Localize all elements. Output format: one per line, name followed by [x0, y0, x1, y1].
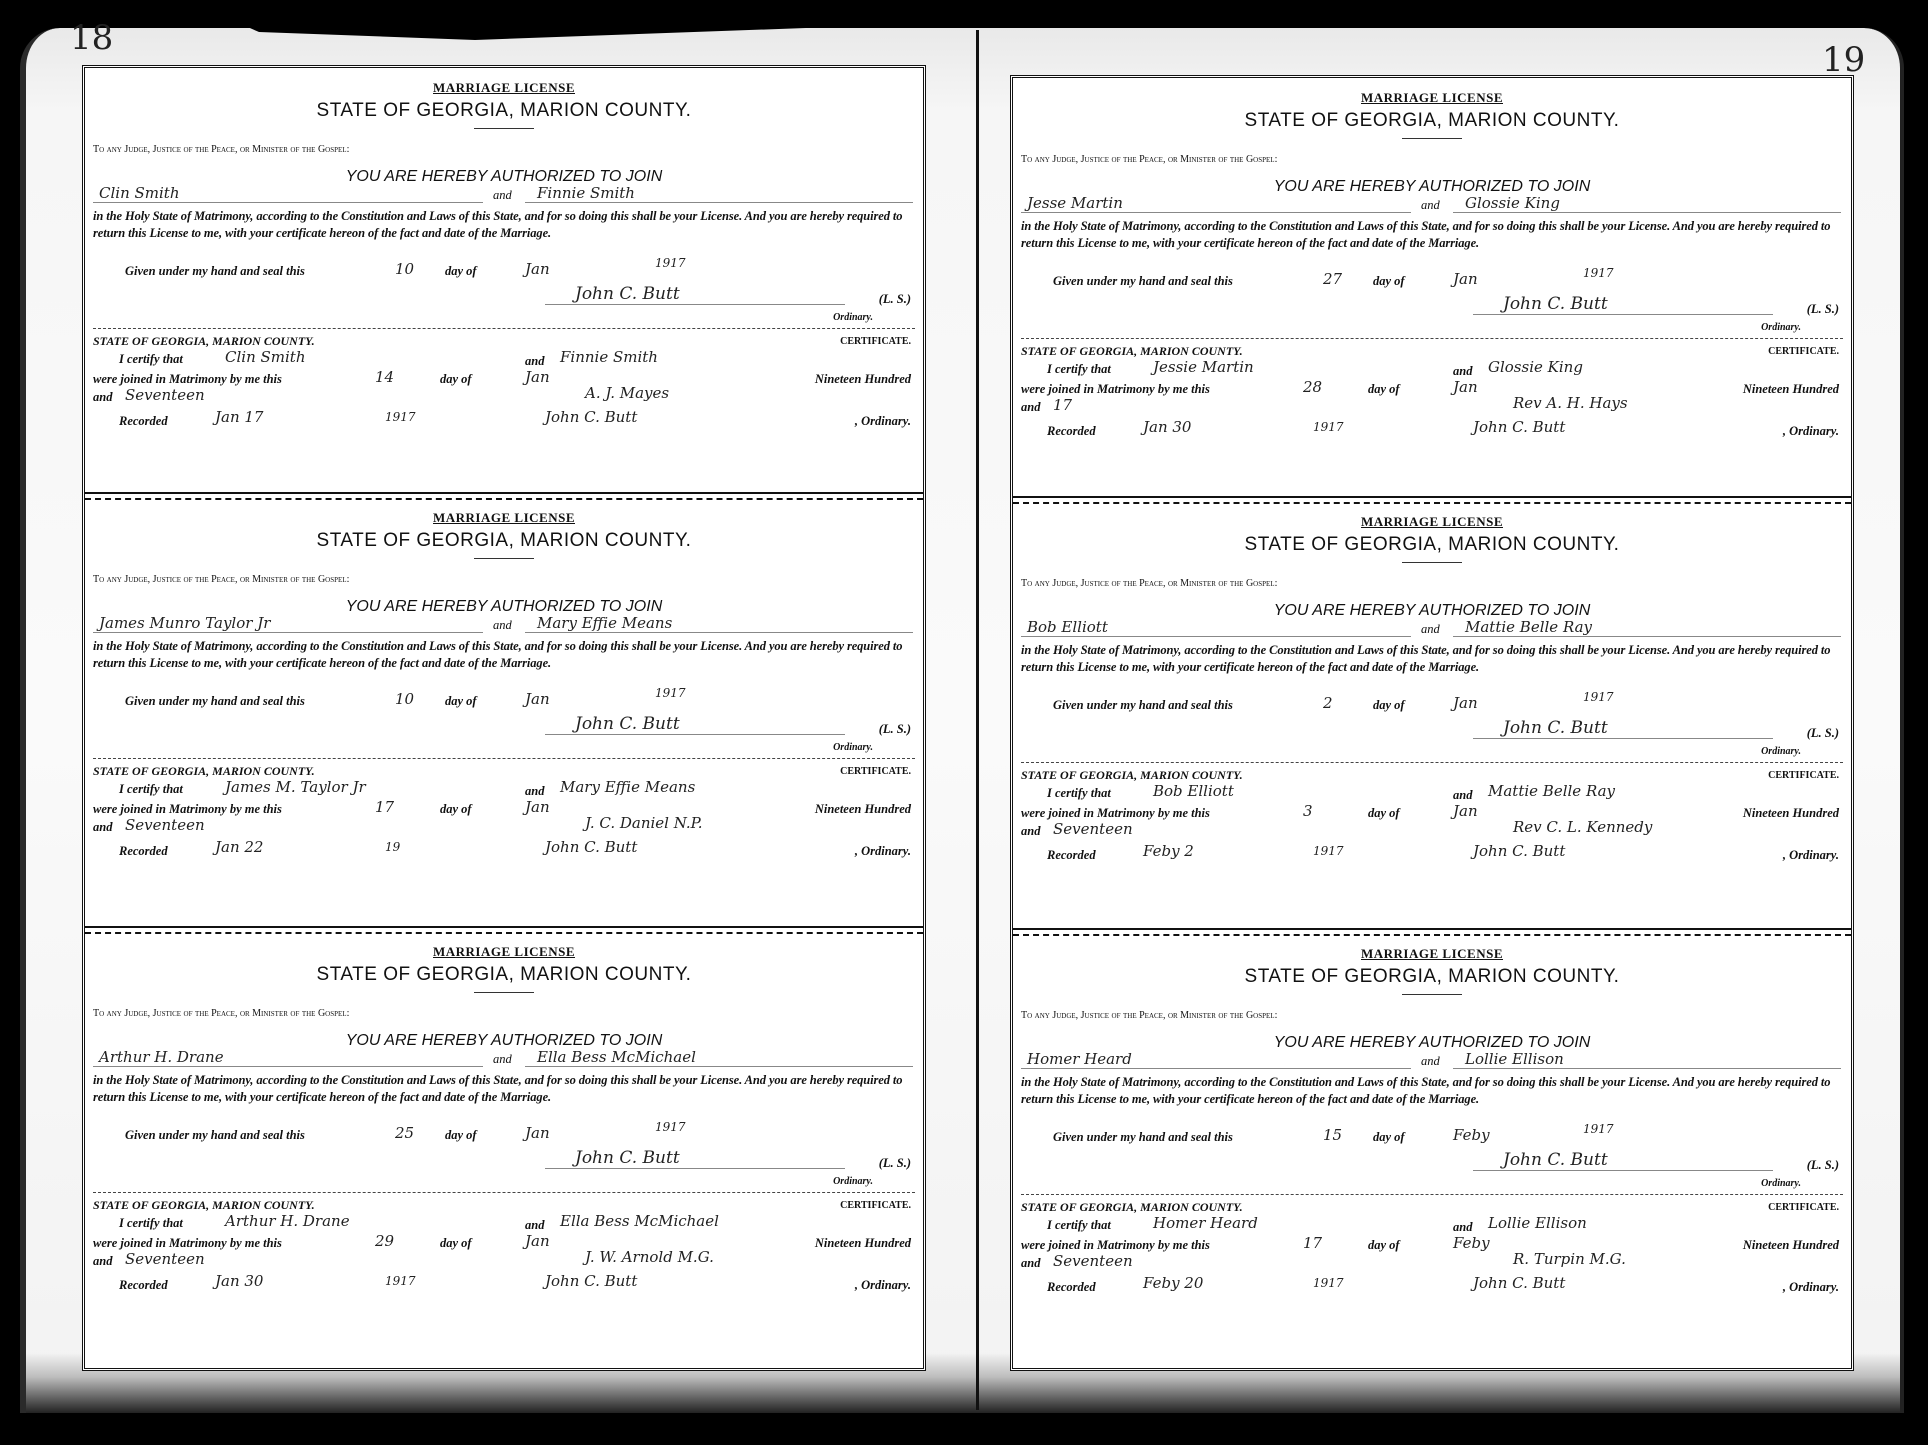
year-words: Seventeen	[125, 1250, 205, 1268]
certificate-state: STATE OF GEORGIA, MARION COUNTY.	[93, 764, 315, 779]
recorded-by-signature: John C. Butt	[545, 838, 637, 856]
license-address: To any Judge, Justice of the Peace, or M…	[1021, 154, 1277, 165]
issued-month: Jan	[1453, 694, 1478, 712]
year-words: Seventeen	[1053, 1252, 1133, 1270]
given-label: Given under my hand and seal this	[125, 1128, 305, 1143]
married-month: Feby	[1453, 1234, 1490, 1252]
issued-day: 27	[1323, 270, 1342, 288]
bride-name: Ella Bess McMichael	[537, 1048, 696, 1066]
certificate-label: CERTIFICATE.	[1768, 346, 1839, 357]
day-of-label: day of	[1368, 806, 1400, 821]
issued-month: Feby	[1453, 1126, 1490, 1144]
and-year-label: and	[1021, 400, 1040, 415]
married-month: Jan	[1453, 378, 1478, 396]
seal-label: (L. S.)	[879, 292, 911, 307]
issued-month: Jan	[525, 1124, 550, 1142]
marriage-license: MARRIAGE LICENSE STATE OF GEORGIA, MARIO…	[85, 68, 923, 498]
joined-label: were joined in Matrimony by me this	[93, 1236, 282, 1251]
seal-label: (L. S.)	[1807, 726, 1839, 741]
married-month: Jan	[525, 368, 550, 386]
issued-month: Jan	[1453, 270, 1478, 288]
groom-name: James Munro Taylor Jr	[99, 614, 270, 632]
authorized-to-join: YOU ARE HEREBY AUTHORIZED TO JOIN	[1013, 1034, 1851, 1052]
license-heading: MARRIAGE LICENSE	[1013, 514, 1851, 530]
license-state-county: STATE OF GEORGIA, MARION COUNTY.	[1013, 966, 1851, 988]
cert-bride-name: Mary Effie Means	[560, 778, 695, 796]
marriage-license: MARRIAGE LICENSE STATE OF GEORGIA, MARIO…	[85, 932, 923, 1362]
license-body-text: in the Holy State of Matrimony, accordin…	[1021, 642, 1843, 676]
license-state-county: STATE OF GEORGIA, MARION COUNTY.	[85, 964, 923, 986]
license-heading: MARRIAGE LICENSE	[1013, 90, 1851, 106]
recorded-label: Recorded	[1047, 848, 1096, 863]
bride-name: Glossie King	[1465, 194, 1560, 212]
joined-label: were joined in Matrimony by me this	[1021, 1238, 1210, 1253]
officiant-signature: Rev A. H. Hays	[1513, 394, 1628, 412]
license-address: To any Judge, Justice of the Peace, or M…	[93, 144, 349, 155]
day-of-label: day of	[440, 802, 472, 817]
and-label: and	[525, 354, 544, 369]
license-heading: MARRIAGE LICENSE	[85, 510, 923, 526]
issued-year: 1917	[655, 1120, 686, 1134]
day-of-label: day of	[1368, 382, 1400, 397]
license-state-county: STATE OF GEORGIA, MARION COUNTY.	[85, 100, 923, 122]
year-words: Seventeen	[125, 386, 205, 404]
cert-groom-name: Arthur H. Drane	[225, 1212, 350, 1230]
year-words: 17	[1053, 396, 1072, 414]
groom-name: Clin Smith	[99, 184, 180, 202]
ordinary-signature: John C. Butt	[575, 284, 680, 304]
and-year-label: and	[1021, 824, 1040, 839]
certificate-label: CERTIFICATE.	[1768, 770, 1839, 781]
and-year-label: and	[93, 1254, 112, 1269]
recorded-year: 1917	[385, 410, 416, 424]
recorded-year: 1917	[1313, 844, 1344, 858]
given-label: Given under my hand and seal this	[125, 694, 305, 709]
day-of-label: day of	[1368, 1238, 1400, 1253]
and-year-label: and	[1021, 1256, 1040, 1271]
recorded-date: Jan 17	[215, 408, 263, 426]
cert-bride-name: Glossie King	[1488, 358, 1583, 376]
and-label: and	[1453, 364, 1472, 379]
license-address: To any Judge, Justice of the Peace, or M…	[1021, 1010, 1277, 1021]
ordinary-label: Ordinary.	[833, 742, 873, 753]
cert-groom-name: Bob Elliott	[1153, 782, 1234, 800]
certificate-state: STATE OF GEORGIA, MARION COUNTY.	[1021, 768, 1243, 783]
license-address: To any Judge, Justice of the Peace, or M…	[93, 1008, 349, 1019]
left-license-frame: MARRIAGE LICENSE STATE OF GEORGIA, MARIO…	[82, 65, 926, 1371]
marriage-license: MARRIAGE LICENSE STATE OF GEORGIA, MARIO…	[85, 498, 923, 928]
issued-month: Jan	[525, 260, 550, 278]
certify-label: I certify that	[119, 352, 183, 367]
certificate-state: STATE OF GEORGIA, MARION COUNTY.	[1021, 344, 1243, 359]
married-day: 17	[375, 798, 394, 816]
seal-label: (L. S.)	[1807, 302, 1839, 317]
marriage-license: MARRIAGE LICENSE STATE OF GEORGIA, MARIO…	[1013, 934, 1851, 1364]
ordinary-end-label: , Ordinary.	[855, 1278, 911, 1293]
given-label: Given under my hand and seal this	[1053, 1130, 1233, 1145]
day-of-label: day of	[1373, 1130, 1405, 1145]
ornament-divider	[1402, 562, 1462, 563]
seal-label: (L. S.)	[1807, 1158, 1839, 1173]
ornament-divider	[474, 558, 534, 559]
ordinary-label: Ordinary.	[833, 1176, 873, 1187]
seal-label: (L. S.)	[879, 722, 911, 737]
marriage-license: MARRIAGE LICENSE STATE OF GEORGIA, MARIO…	[1013, 78, 1851, 508]
bride-name: Mary Effie Means	[537, 614, 672, 632]
ordinary-end-label: , Ordinary.	[1783, 1280, 1839, 1295]
license-heading: MARRIAGE LICENSE	[1013, 946, 1851, 962]
and-label: and	[1421, 622, 1440, 637]
officiant-signature: A. J. Mayes	[585, 384, 669, 402]
and-label: and	[525, 1218, 544, 1233]
certificate-label: CERTIFICATE.	[1768, 1202, 1839, 1213]
given-label: Given under my hand and seal this	[1053, 698, 1233, 713]
ordinary-signature: John C. Butt	[575, 714, 680, 734]
nineteen-hundred-label: Nineteen Hundred	[1743, 382, 1839, 397]
ordinary-label: Ordinary.	[1761, 1178, 1801, 1189]
marriage-license: MARRIAGE LICENSE STATE OF GEORGIA, MARIO…	[1013, 502, 1851, 932]
issued-month: Jan	[525, 690, 550, 708]
nineteen-hundred-label: Nineteen Hundred	[815, 802, 911, 817]
license-body-text: in the Holy State of Matrimony, accordin…	[1021, 218, 1843, 252]
page-number-right: 19	[1822, 40, 1865, 80]
and-year-label: and	[93, 390, 112, 405]
recorded-by-signature: John C. Butt	[1473, 1274, 1565, 1292]
and-label: and	[525, 784, 544, 799]
cert-groom-name: Clin Smith	[225, 348, 306, 366]
recorded-year: 1917	[1313, 1276, 1344, 1290]
nineteen-hundred-label: Nineteen Hundred	[815, 1236, 911, 1251]
nineteen-hundred-label: Nineteen Hundred	[1743, 806, 1839, 821]
groom-name: Jesse Martin	[1027, 194, 1123, 212]
recorded-date: Feby 2	[1143, 842, 1194, 860]
ordinary-end-label: , Ordinary.	[855, 414, 911, 429]
and-year-label: and	[93, 820, 112, 835]
certify-label: I certify that	[119, 782, 183, 797]
married-day: 14	[375, 368, 394, 386]
seal-label: (L. S.)	[879, 1156, 911, 1171]
and-label: and	[1421, 198, 1440, 213]
officiant-signature: J. W. Arnold M.G.	[585, 1248, 714, 1266]
right-license-frame: MARRIAGE LICENSE STATE OF GEORGIA, MARIO…	[1010, 75, 1854, 1371]
certificate-state: STATE OF GEORGIA, MARION COUNTY.	[1021, 1200, 1243, 1215]
groom-name: Arthur H. Drane	[99, 1048, 224, 1066]
bride-name: Finnie Smith	[537, 184, 635, 202]
day-of-label: day of	[445, 1128, 477, 1143]
license-state-county: STATE OF GEORGIA, MARION COUNTY.	[85, 530, 923, 552]
given-label: Given under my hand and seal this	[125, 264, 305, 279]
recorded-label: Recorded	[119, 414, 168, 429]
married-day: 28	[1303, 378, 1322, 396]
ordinary-signature: John C. Butt	[575, 1148, 680, 1168]
license-state-county: STATE OF GEORGIA, MARION COUNTY.	[1013, 110, 1851, 132]
certificate-state: STATE OF GEORGIA, MARION COUNTY.	[93, 334, 315, 349]
certificate-state: STATE OF GEORGIA, MARION COUNTY.	[93, 1198, 315, 1213]
nineteen-hundred-label: Nineteen Hundred	[1743, 1238, 1839, 1253]
cert-bride-name: Ella Bess McMichael	[560, 1212, 719, 1230]
married-day: 29	[375, 1232, 394, 1250]
certify-label: I certify that	[1047, 1218, 1111, 1233]
issued-year: 1917	[655, 686, 686, 700]
cert-groom-name: Homer Heard	[1153, 1214, 1258, 1232]
certificate-label: CERTIFICATE.	[840, 766, 911, 777]
recorded-label: Recorded	[1047, 1280, 1096, 1295]
certify-label: I certify that	[119, 1216, 183, 1231]
recorded-by-signature: John C. Butt	[1473, 842, 1565, 860]
married-month: Jan	[525, 1232, 550, 1250]
recorded-by-signature: John C. Butt	[1473, 418, 1565, 436]
day-of-label: day of	[440, 372, 472, 387]
ordinary-signature: John C. Butt	[1503, 718, 1608, 738]
issued-day: 10	[395, 690, 414, 708]
ordinary-label: Ordinary.	[1761, 322, 1801, 333]
year-words: Seventeen	[1053, 820, 1133, 838]
joined-label: were joined in Matrimony by me this	[93, 802, 282, 817]
nineteen-hundred-label: Nineteen Hundred	[815, 372, 911, 387]
authorized-to-join: YOU ARE HEREBY AUTHORIZED TO JOIN	[1013, 602, 1851, 620]
certify-label: I certify that	[1047, 786, 1111, 801]
license-body-text: in the Holy State of Matrimony, accordin…	[1021, 1074, 1843, 1108]
officiant-signature: Rev C. L. Kennedy	[1513, 818, 1652, 836]
issued-year: 1917	[1583, 266, 1614, 280]
cert-bride-name: Mattie Belle Ray	[1488, 782, 1615, 800]
issued-day: 25	[395, 1124, 414, 1142]
ornament-divider	[1402, 994, 1462, 995]
issued-year: 1917	[655, 256, 686, 270]
groom-name: Homer Heard	[1027, 1050, 1132, 1068]
ordinary-label: Ordinary.	[833, 312, 873, 323]
year-words: Seventeen	[125, 816, 205, 834]
officiant-signature: R. Turpin M.G.	[1513, 1250, 1626, 1268]
day-of-label: day of	[445, 264, 477, 279]
license-heading: MARRIAGE LICENSE	[85, 80, 923, 96]
cert-bride-name: Lollie Ellison	[1488, 1214, 1587, 1232]
joined-label: were joined in Matrimony by me this	[1021, 806, 1210, 821]
recorded-label: Recorded	[119, 844, 168, 859]
day-of-label: day of	[445, 694, 477, 709]
license-state-county: STATE OF GEORGIA, MARION COUNTY.	[1013, 534, 1851, 556]
license-body-text: in the Holy State of Matrimony, accordin…	[93, 638, 915, 672]
officiant-signature: J. C. Daniel N.P.	[585, 814, 703, 832]
recorded-date: Jan 30	[1143, 418, 1191, 436]
ordinary-label: Ordinary.	[1761, 746, 1801, 757]
issued-year: 1917	[1583, 690, 1614, 704]
license-body-text: in the Holy State of Matrimony, accordin…	[93, 1072, 915, 1106]
bride-name: Lollie Ellison	[1465, 1050, 1564, 1068]
ordinary-end-label: , Ordinary.	[1783, 424, 1839, 439]
certify-label: I certify that	[1047, 362, 1111, 377]
recorded-date: Feby 20	[1143, 1274, 1203, 1292]
and-label: and	[493, 188, 512, 203]
joined-label: were joined in Matrimony by me this	[1021, 382, 1210, 397]
and-label: and	[1453, 788, 1472, 803]
recorded-by-signature: John C. Butt	[545, 1272, 637, 1290]
day-of-label: day of	[440, 1236, 472, 1251]
cert-bride-name: Finnie Smith	[560, 348, 658, 366]
ornament-divider	[474, 992, 534, 993]
license-address: To any Judge, Justice of the Peace, or M…	[93, 574, 349, 585]
recorded-year: 19	[385, 840, 400, 854]
and-label: and	[493, 1052, 512, 1067]
license-address: To any Judge, Justice of the Peace, or M…	[1021, 578, 1277, 589]
married-month: Jan	[1453, 802, 1478, 820]
given-label: Given under my hand and seal this	[1053, 274, 1233, 289]
certificate-label: CERTIFICATE.	[840, 336, 911, 347]
joined-label: were joined in Matrimony by me this	[93, 372, 282, 387]
license-body-text: in the Holy State of Matrimony, accordin…	[93, 208, 915, 242]
recorded-by-signature: John C. Butt	[545, 408, 637, 426]
ordinary-end-label: , Ordinary.	[855, 844, 911, 859]
recorded-label: Recorded	[119, 1278, 168, 1293]
certificate-label: CERTIFICATE.	[840, 1200, 911, 1211]
issued-day: 15	[1323, 1126, 1342, 1144]
ornament-divider	[474, 128, 534, 129]
married-month: Jan	[525, 798, 550, 816]
issued-day: 10	[395, 260, 414, 278]
ordinary-signature: John C. Butt	[1503, 294, 1608, 314]
recorded-year: 1917	[1313, 420, 1344, 434]
page-number-left: 18	[70, 18, 113, 58]
issued-year: 1917	[1583, 1122, 1614, 1136]
and-label: and	[1421, 1054, 1440, 1069]
ordinary-signature: John C. Butt	[1503, 1150, 1608, 1170]
license-heading: MARRIAGE LICENSE	[85, 944, 923, 960]
cert-groom-name: James M. Taylor Jr	[225, 778, 366, 796]
married-day: 17	[1303, 1234, 1322, 1252]
ordinary-end-label: , Ordinary.	[1783, 848, 1839, 863]
bride-name: Mattie Belle Ray	[1465, 618, 1592, 636]
day-of-label: day of	[1373, 274, 1405, 289]
issued-day: 2	[1323, 694, 1333, 712]
recorded-label: Recorded	[1047, 424, 1096, 439]
married-day: 3	[1303, 802, 1313, 820]
recorded-date: Jan 30	[215, 1272, 263, 1290]
ornament-divider	[1402, 138, 1462, 139]
day-of-label: day of	[1373, 698, 1405, 713]
cert-groom-name: Jessie Martin	[1153, 358, 1254, 376]
and-label: and	[1453, 1220, 1472, 1235]
recorded-date: Jan 22	[215, 838, 263, 856]
authorized-to-join: YOU ARE HEREBY AUTHORIZED TO JOIN	[1013, 178, 1851, 196]
and-label: and	[493, 618, 512, 633]
groom-name: Bob Elliott	[1027, 618, 1108, 636]
recorded-year: 1917	[385, 1274, 416, 1288]
book-gutter	[976, 30, 979, 1410]
authorized-to-join: YOU ARE HEREBY AUTHORIZED TO JOIN	[85, 168, 923, 186]
